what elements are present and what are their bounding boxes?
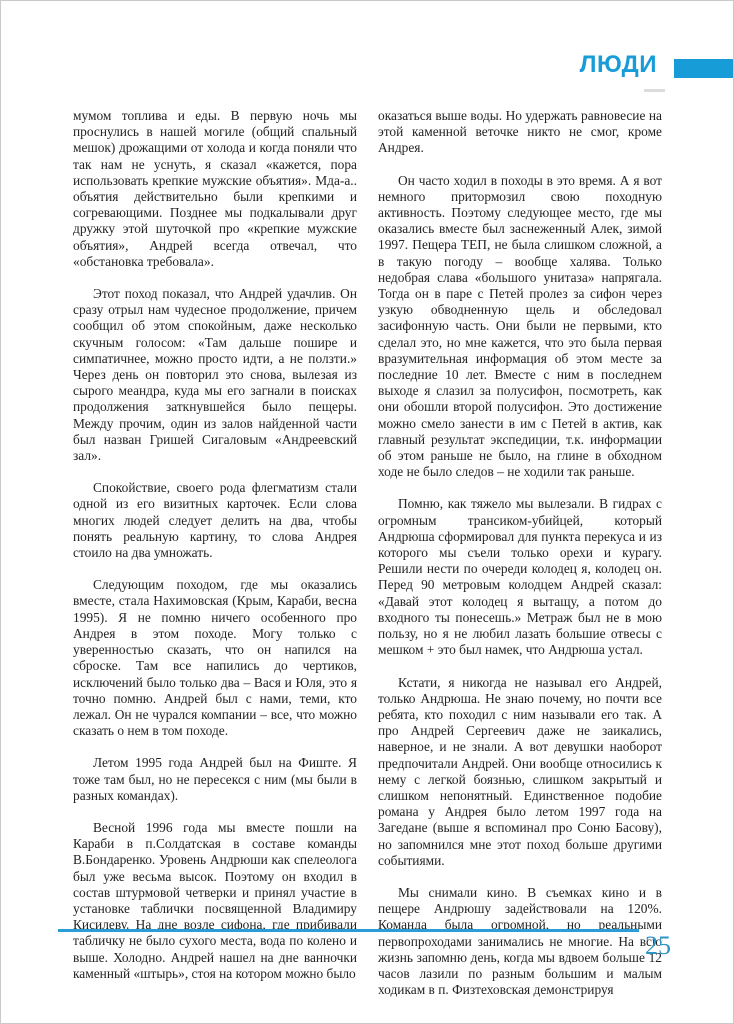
section-header-label: ЛЮДИ	[580, 52, 657, 78]
paragraph: Этот поход показал, что Андрей удачлив. …	[73, 286, 357, 464]
paragraph: мумом топлива и еды. В первую ночь мы пр…	[73, 108, 357, 270]
text-column-right: оказаться выше воды. Но удержать равнове…	[378, 108, 662, 998]
page-number: 25	[645, 931, 671, 961]
text-column-left: мумом топлива и еды. В первую ночь мы пр…	[73, 108, 357, 982]
magazine-page: ЛЮДИ мумом топлива и еды. В первую ночь …	[0, 0, 734, 1024]
paragraph: Весной 1996 года мы вместе пошли на Кара…	[73, 820, 357, 982]
paragraph: Помню, как тяжело мы вылезали. В гидрах …	[378, 496, 662, 658]
paragraph: Следующим походом, где мы оказались вмес…	[73, 577, 357, 739]
paragraph: Он часто ходил в походы в это время. А я…	[378, 173, 662, 481]
paragraph: Летом 1995 года Андрей был на Фиште. Я т…	[73, 755, 357, 804]
paragraph: Мы снимали кино. В съемках кино и в пеще…	[378, 885, 662, 998]
paragraph: оказаться выше воды. Но удержать равнове…	[378, 108, 662, 157]
footer-rule	[58, 929, 639, 932]
divider-dash	[644, 89, 665, 92]
paragraph: Кстати, я никогда не называл его Андрей,…	[378, 675, 662, 869]
header-accent-bar	[674, 59, 733, 78]
paragraph: Спокойствие, своего рода флегматизм стал…	[73, 480, 357, 561]
